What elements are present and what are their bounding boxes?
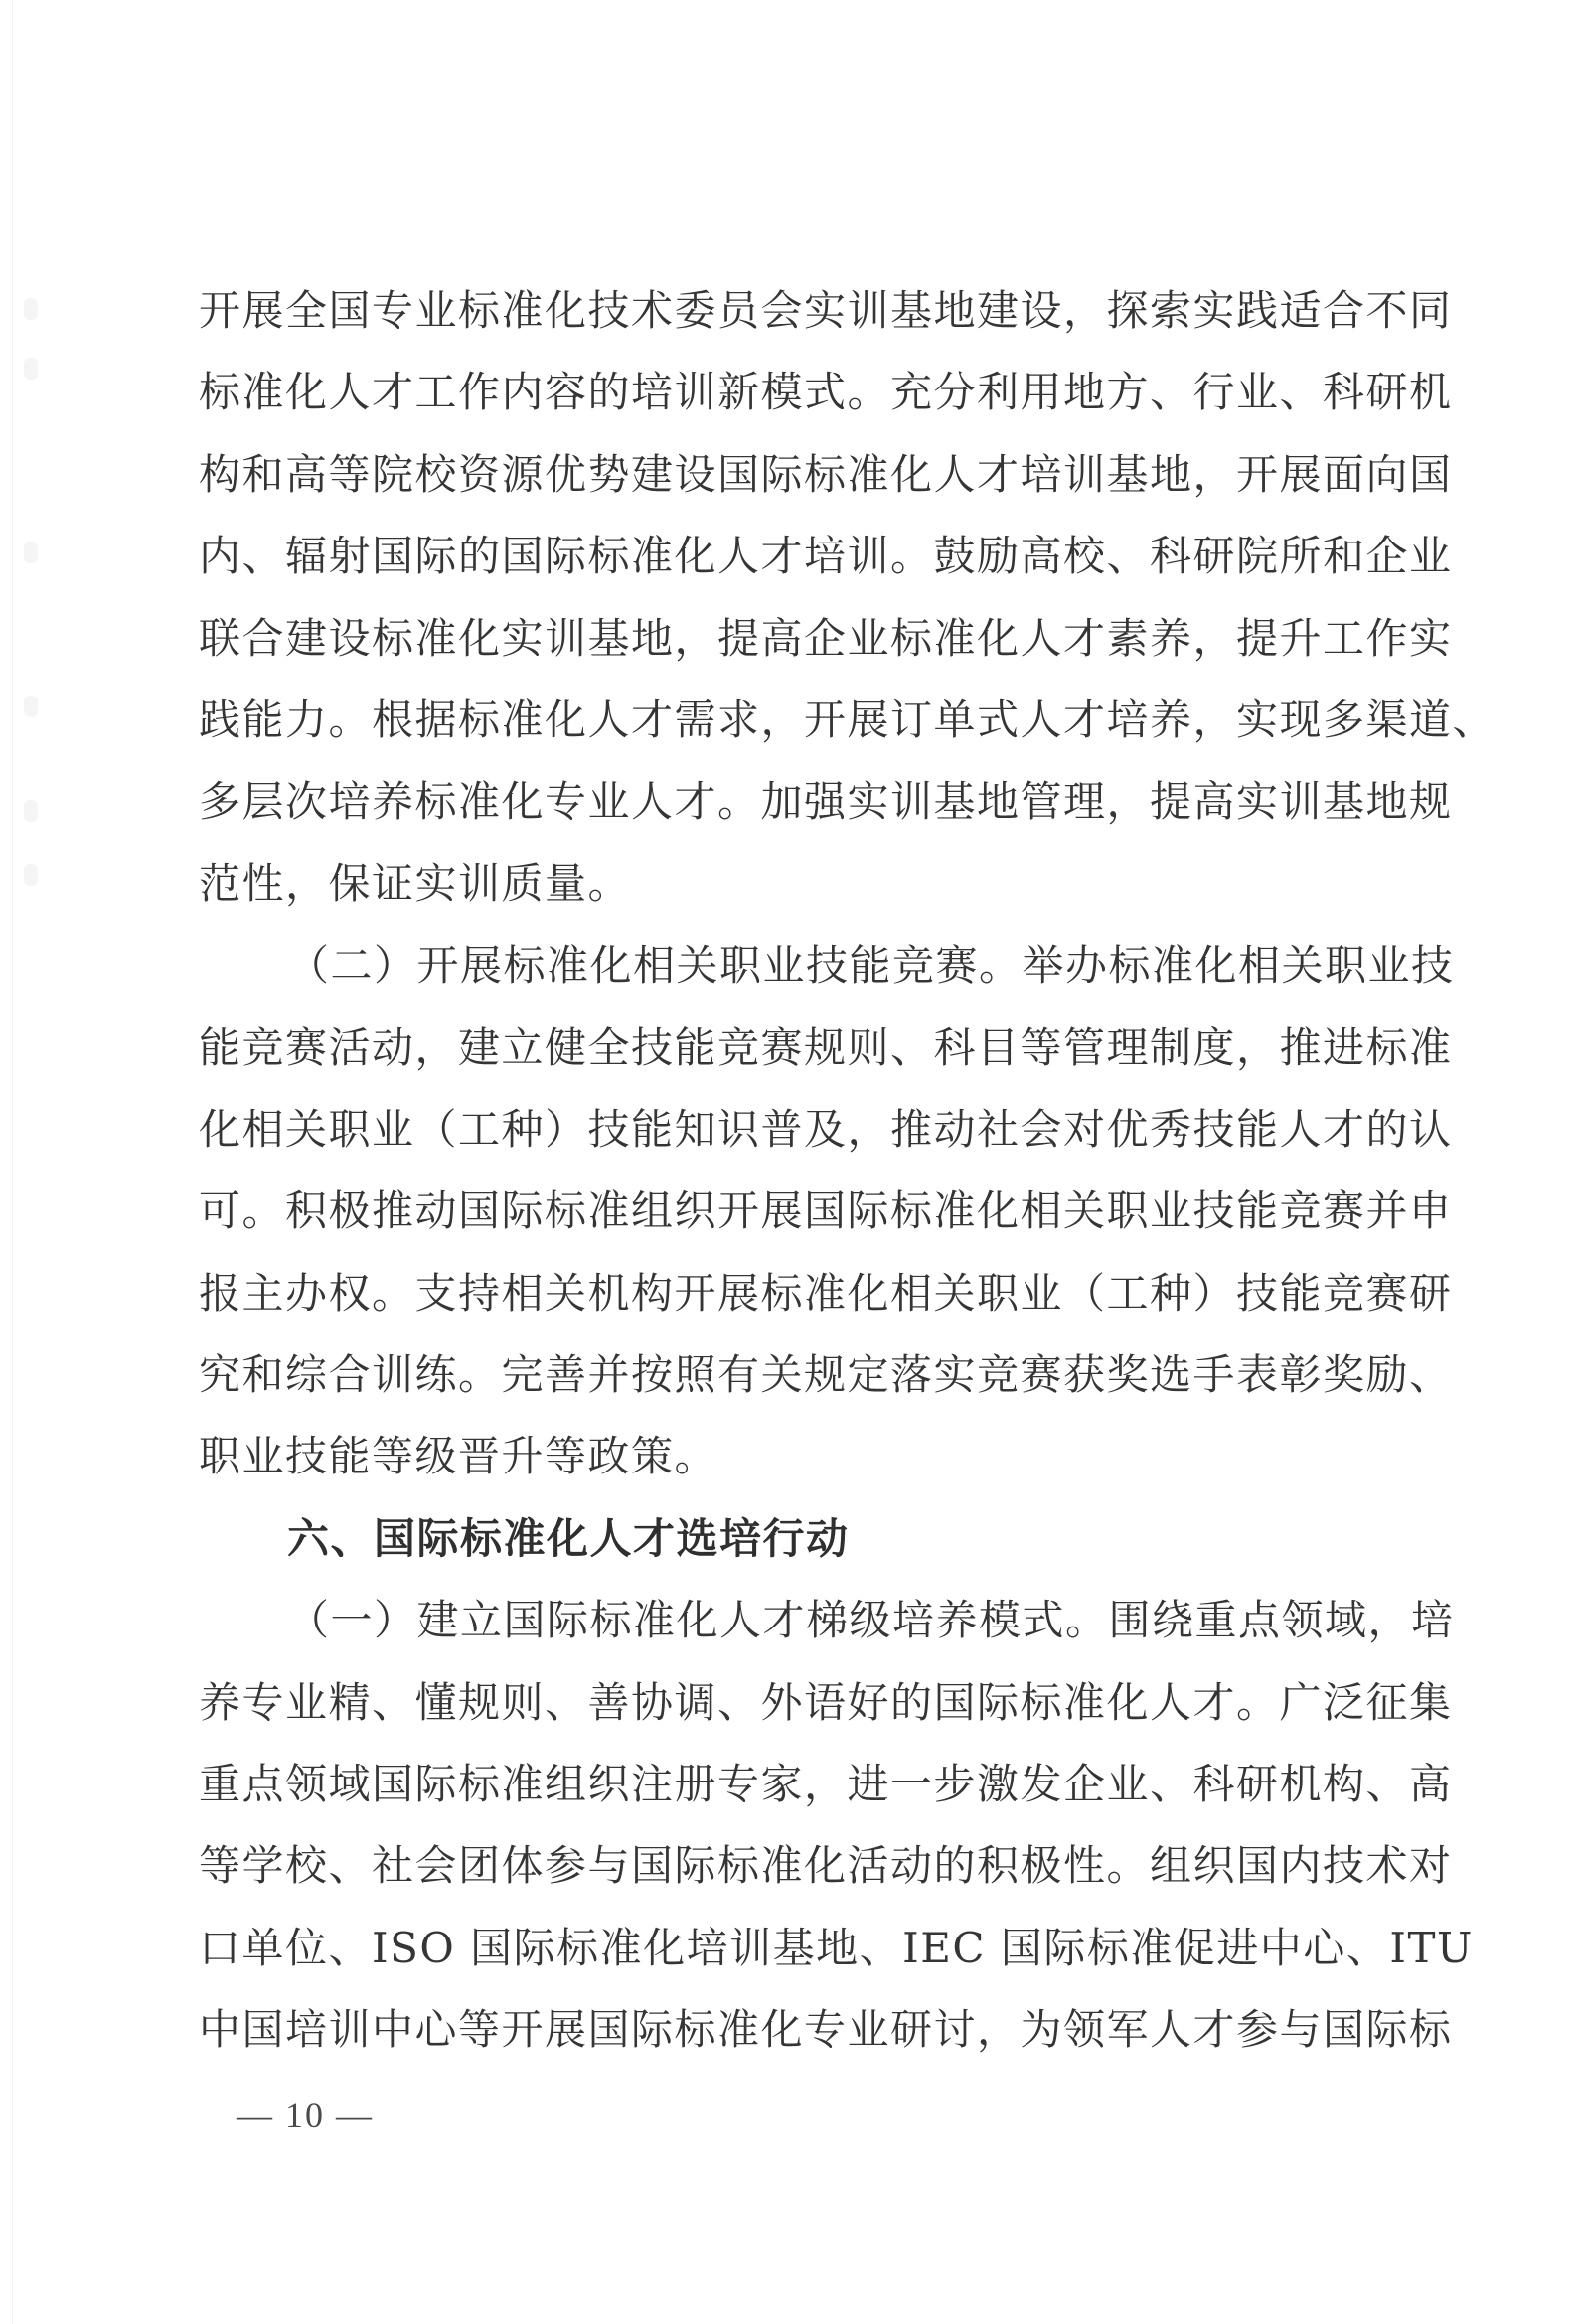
paragraph-line: 口单位、ISO 国际标准化培训基地、IEC 国际标准促进中心、ITU bbox=[199, 1923, 1439, 2004]
paragraph-line: 中国培训中心等开展国际标准化专业研讨，为领军人才参与国际标 bbox=[199, 2004, 1439, 2086]
paragraph-line: 化相关职业（工种）技能知识普及，推动社会对优秀技能人才的认 bbox=[199, 1104, 1439, 1185]
scan-artifact bbox=[24, 542, 38, 563]
paragraph-line: 职业技能等级晋升等政策。 bbox=[199, 1431, 1439, 1512]
paragraph-line: 等学校、社会团体参与国际标准化活动的积极性。组织国内技术对 bbox=[199, 1840, 1439, 1922]
scan-artifact bbox=[24, 298, 38, 320]
section-heading: 六、国际标准化人才选培行动 bbox=[199, 1513, 1439, 1595]
paragraph-line: 报主办权。支持相关机构开展标准化相关职业（工种）技能竞赛研 bbox=[199, 1268, 1439, 1349]
paragraph-line: 重点领域国际标准组织注册专家，进一步激发企业、科研机构、高 bbox=[199, 1759, 1439, 1840]
scan-artifact bbox=[24, 358, 38, 380]
scan-artifact bbox=[24, 800, 38, 822]
paragraph-line: 联合建设标准化实训基地，提高企业标准化人才素养，提升工作实 bbox=[199, 613, 1439, 695]
paragraph-line: 多层次培养标准化专业人才。加强实训基地管理，提高实训基地规 bbox=[199, 776, 1439, 857]
paragraph-line: 能竞赛活动，建立健全技能竞赛规则、科目等管理制度，推进标准 bbox=[199, 1022, 1439, 1104]
paragraph-line: 标准化人才工作内容的培训新模式。充分利用地方、行业、科研机 bbox=[199, 367, 1439, 448]
subsection-2-first-line: （二）开展标准化相关职业技能竞赛。举办标准化相关职业技 bbox=[199, 940, 1439, 1021]
scan-edge-line bbox=[12, 0, 13, 2324]
document-body: 开展全国专业标准化技术委员会实训基地建设，探索实践适合不同 标准化人才工作内容的… bbox=[199, 285, 1439, 2087]
subsection-1-first-line: （一）建立国际标准化人才梯级培养模式。围绕重点领域，培 bbox=[199, 1595, 1439, 1676]
paragraph-line: 究和综合训练。完善并按照有关规定落实竞赛获奖选手表彰奖励、 bbox=[199, 1349, 1439, 1431]
paragraph-line: 开展全国专业标准化技术委员会实训基地建设，探索实践适合不同 bbox=[199, 285, 1439, 367]
paragraph-line: 养专业精、懂规则、善协调、外语好的国际标准化人才。广泛征集 bbox=[199, 1677, 1439, 1759]
paragraph-line: 构和高等院校资源优势建设国际标准化人才培训基地，开展面向国 bbox=[199, 449, 1439, 531]
page-number: — 10 — bbox=[237, 2094, 374, 2136]
paragraph-line: 可。积极推动国际标准组织开展国际标准化相关职业技能竞赛并申 bbox=[199, 1185, 1439, 1267]
paragraph-line: 内、辐射国际的国际标准化人才培训。鼓励高校、科研院所和企业 bbox=[199, 531, 1439, 612]
paragraph-line: 范性，保证实训质量。 bbox=[199, 858, 1439, 940]
paragraph-line: 践能力。根据标准化人才需求，开展订单式人才培养，实现多渠道、 bbox=[199, 695, 1439, 776]
scan-artifact bbox=[24, 696, 38, 717]
scan-artifact bbox=[24, 864, 38, 886]
